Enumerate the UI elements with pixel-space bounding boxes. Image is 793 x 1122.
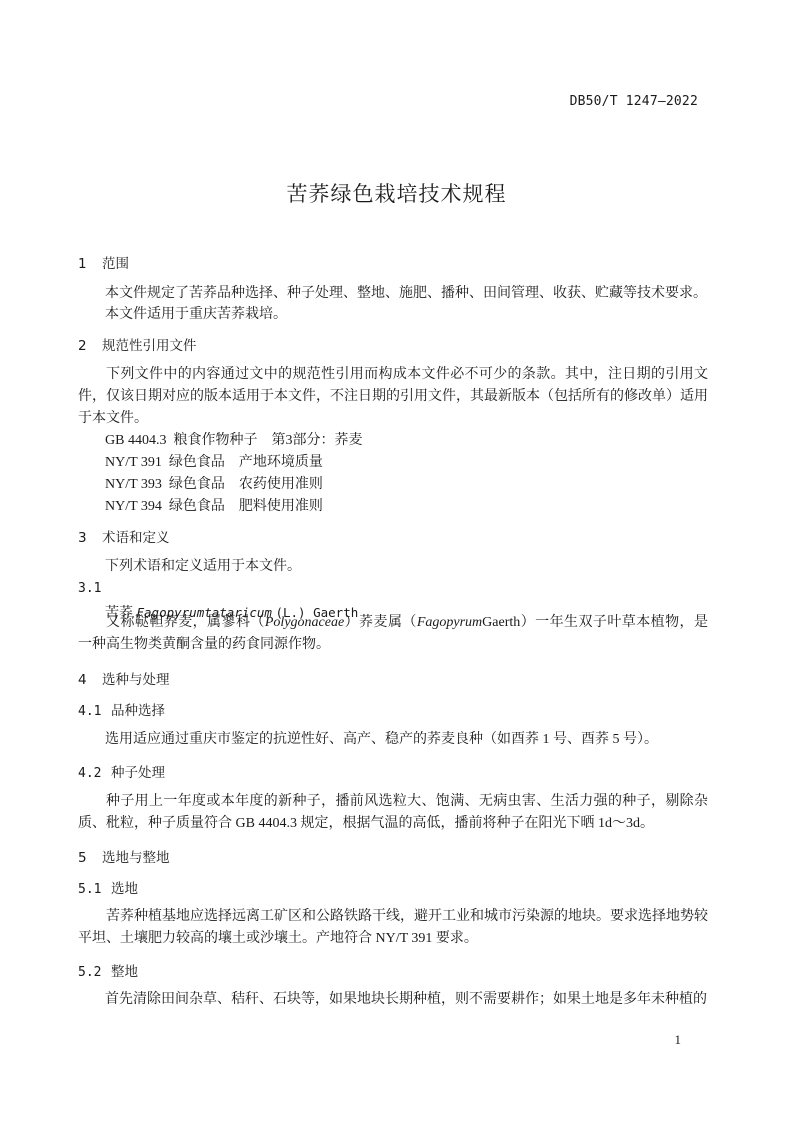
document-page: DB50/T 1247—2022 苦荞绿色栽培技术规程 1范围 本文件规定了苦荞… — [0, 0, 793, 1122]
family-name: Polygonaceae — [265, 615, 344, 630]
term-definition: 又称鞑靼荞麦，属蓼科（Polygonaceae）荞麦属（FagopyrumGae… — [78, 612, 708, 656]
reference-item: GB 4404.3 粮食作物种子 第3部分：荞麦 — [105, 430, 362, 452]
section-title: 选种与处理 — [102, 672, 170, 688]
section-5-2-heading: 5.2整地 — [78, 960, 138, 980]
subsection-title: 品种选择 — [111, 703, 165, 719]
term-number: 3.1 — [78, 581, 101, 596]
section-5-heading: 5选地与整地 — [78, 846, 170, 866]
document-title: 苦荞绿色栽培技术规程 — [0, 178, 793, 208]
section-title: 范围 — [102, 256, 129, 272]
subsection-number: 5.2 — [78, 965, 111, 980]
subsection-title: 种子处理 — [111, 765, 165, 781]
subsection-title: 整地 — [111, 964, 138, 980]
subsection-number: 5.1 — [78, 882, 111, 897]
page-number: 1 — [675, 1032, 682, 1048]
section-1-heading: 1范围 — [78, 252, 129, 272]
section-5-1-heading: 5.1选地 — [78, 877, 138, 897]
section-title: 规范性引用文件 — [102, 338, 197, 354]
subsection-title: 选地 — [111, 881, 138, 897]
section-2-intro: 下列文件中的内容通过文中的规范性引用而构成本文件必不可少的条款。其中，注日期的引… — [78, 364, 708, 430]
section-4-2-text: 种子用上一年度或本年度的新种子，播前风选粒大、饱满、无病虫害、生活力强的种子，剔… — [78, 791, 708, 835]
section-number: 4 — [78, 672, 102, 688]
reference-item: NY/T 394 绿色食品 肥料使用准则 — [105, 496, 323, 518]
section-number: 5 — [78, 850, 102, 866]
definition-text: ）荞麦属（ — [344, 615, 417, 630]
section-1-para-1: 本文件规定了苦荞品种选择、种子处理、整地、施肥、播种、田间管理、收获、贮藏等技术… — [105, 283, 707, 305]
definition-text: 又称鞑靼荞麦，属蓼科（ — [106, 615, 265, 630]
section-4-2-heading: 4.2种子处理 — [78, 761, 165, 781]
section-3-heading: 3术语和定义 — [78, 526, 170, 546]
subsection-number: 4.2 — [78, 766, 111, 781]
section-2-heading: 2规范性引用文件 — [78, 334, 197, 354]
section-4-heading: 4选种与处理 — [78, 668, 170, 688]
reference-item: NY/T 391 绿色食品 产地环境质量 — [105, 452, 323, 474]
reference-item: NY/T 393 绿色食品 农药使用准则 — [105, 474, 323, 496]
section-number: 3 — [78, 530, 102, 546]
genus-name: Fagopyrum — [417, 615, 482, 630]
section-1-para-2: 本文件适用于重庆苦荞栽培。 — [105, 304, 287, 326]
section-number: 1 — [78, 256, 102, 272]
section-3-intro: 下列术语和定义适用于本文件。 — [105, 556, 301, 578]
section-5-2-text: 首先清除田间杂草、秸秆、石块等，如果地块长期种植，则不需要耕作；如果土地是多年未… — [105, 989, 707, 1011]
section-4-1-heading: 4.1品种选择 — [78, 699, 165, 719]
standard-code: DB50/T 1247—2022 — [570, 94, 698, 109]
section-5-1-text: 苦荞种植基地应选择远离工矿区和公路铁路干线，避开工业和城市污染源的地块。要求选择… — [78, 906, 708, 950]
subsection-number: 4.1 — [78, 704, 111, 719]
section-title: 术语和定义 — [102, 530, 170, 546]
section-number: 2 — [78, 338, 102, 354]
section-4-1-text: 选用适应通过重庆市鉴定的抗逆性好、高产、稳产的荞麦良种（如酉荞 1 号、酉荞 5… — [105, 729, 658, 751]
section-title: 选地与整地 — [102, 850, 170, 866]
